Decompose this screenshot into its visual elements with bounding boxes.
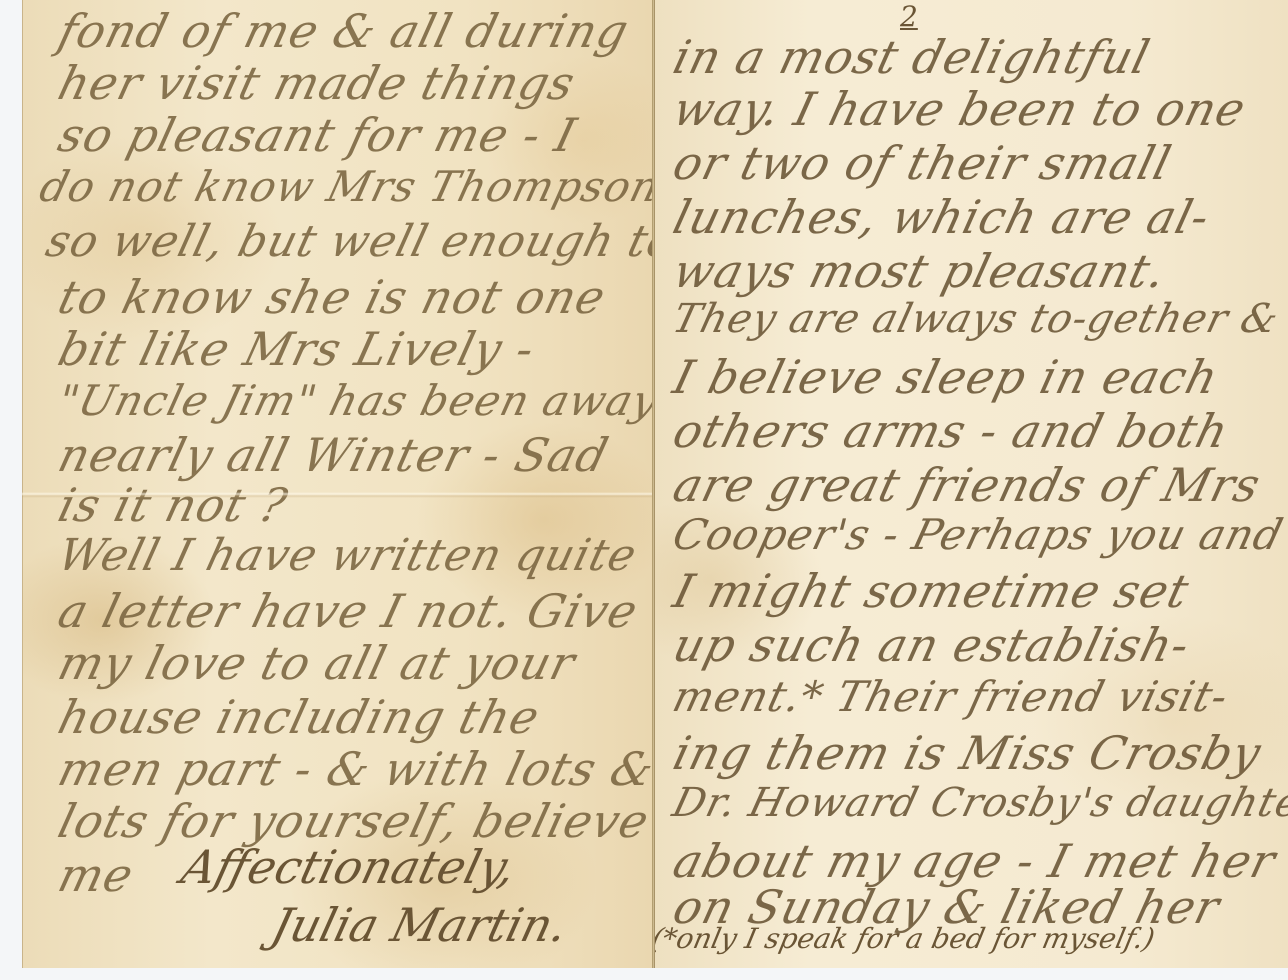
letter-page-right: 2 in a most delightful way. I have been … <box>652 0 1288 968</box>
letter-line: up such an establish- <box>668 618 1195 672</box>
signature: Julia Martin. <box>266 898 573 952</box>
letter-line: others arms - and both <box>668 404 1235 458</box>
letter-line: ing them is Miss Crosby <box>668 726 1267 780</box>
letter-line: I might sometime set <box>668 564 1195 618</box>
letter-line: is it not ? <box>53 478 293 532</box>
closing: Affectionately, <box>176 840 521 894</box>
letter-line: do not know Mrs Thompson <box>35 162 652 211</box>
letter-line: ways most pleasant. <box>668 244 1172 298</box>
letter-page-left: fond of me & all during her visit made t… <box>22 0 652 968</box>
letter-line: so well, but well enough to <box>41 216 652 267</box>
letter-line: men part - & with lots & <box>53 742 652 796</box>
letter-line: fond of me & all during <box>53 4 635 58</box>
letter-line: or two of their small <box>668 136 1177 190</box>
letter-line: a letter have I not. Give <box>53 584 644 638</box>
letter-line: Well I have written quite <box>53 530 642 581</box>
paper-crease <box>22 492 652 498</box>
letter-line: "Uncle Jim" has been away <box>53 376 652 425</box>
letter-line: nearly all Winter - Sad <box>53 428 614 482</box>
page-number: 2 <box>900 0 918 33</box>
letter-line: in a most delightful <box>668 30 1156 84</box>
letter-line: lunches, which are al- <box>668 190 1216 244</box>
letter-line: Dr. Howard Crosby's daughter <box>668 780 1288 826</box>
letter-line: so pleasant for me - I <box>53 108 582 162</box>
letter-line: bit like Mrs Lively - <box>53 322 541 376</box>
letter-line: me <box>53 848 139 902</box>
letter-line: way. I have been to one <box>668 82 1252 136</box>
letter-line: my love to all at your <box>53 636 581 690</box>
letter-line: are great friends of Mrs <box>668 458 1266 512</box>
letter-line: to know she is not one <box>53 270 611 324</box>
footnote: (*only I speak for a bed for myself.) <box>652 922 1158 955</box>
letter-line: Cooper's - Perhaps you and <box>668 510 1288 559</box>
letter-line: house including the <box>53 690 545 744</box>
scan-border <box>0 968 1288 980</box>
letter-line: They are always to-gether & <box>668 296 1284 342</box>
letter-line: ment.* Their friend visit- <box>668 672 1234 721</box>
letter-line: her visit made things <box>53 56 581 110</box>
page-fold <box>652 0 655 968</box>
letter-line: I believe sleep in each <box>668 350 1224 404</box>
